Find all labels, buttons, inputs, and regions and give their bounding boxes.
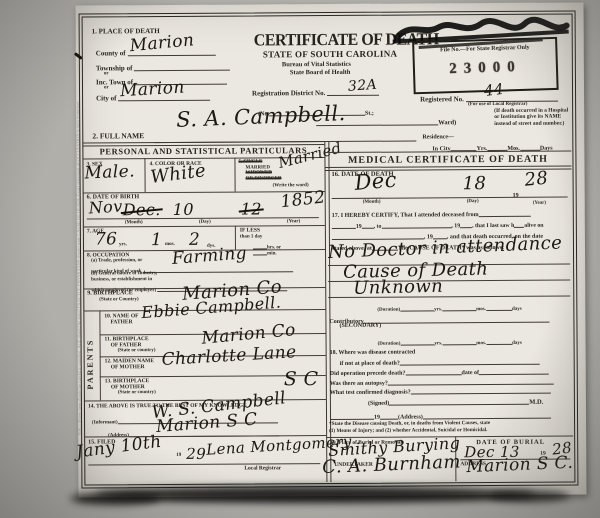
mother-maiden-label2: OF MOTHER <box>111 364 145 370</box>
marital-option-divorced: OR DIVORCED <box>246 176 282 182</box>
blank-line <box>134 62 230 72</box>
blank-line <box>405 366 461 375</box>
certificate-paper: N.B.—Every item should be carefully supp… <box>76 2 587 497</box>
blank-line <box>487 142 507 151</box>
certify-line2: 19, to, 19, that I last saw halive on <box>332 219 544 231</box>
blank-line <box>400 356 540 366</box>
scan-edge-smudge <box>490 490 570 502</box>
dob-day-handwritten: 10 <box>173 200 194 219</box>
scanned-death-certificate-page: { "header": { "place_title": "1. PLACE O… <box>0 0 600 518</box>
death-month-caption: (Month) <box>363 200 381 206</box>
blank-line <box>466 93 558 103</box>
blank-line <box>451 142 477 151</box>
sex-handwritten: Male. <box>84 161 135 183</box>
blank-line <box>442 302 476 311</box>
blank-line <box>514 219 524 228</box>
marital-hint: (Write the word) <box>273 183 309 189</box>
dob-month-caption: (Month) <box>125 220 143 226</box>
margin-note: N.B.—Every item should be carefully supp… <box>75 96 82 436</box>
blank-line <box>332 220 356 229</box>
township-label: Township of <box>96 62 230 74</box>
ifless-line1: IF LESS <box>240 227 260 233</box>
blank-line <box>380 411 398 420</box>
blank-line <box>400 302 434 311</box>
ifless-line2: than 1 day <box>240 234 263 240</box>
dob-year-caption: (Year) <box>287 219 300 225</box>
death-day-caption: (Day) <box>467 199 479 205</box>
death-year-caption: (Year) <box>533 201 546 207</box>
age-yrs-caption: yrs. <box>119 242 127 248</box>
duration-line: (Duration)yrs.mos.days <box>377 302 521 313</box>
blank-line <box>253 246 267 255</box>
residence-label: Residence— <box>422 134 454 141</box>
file-number-stamp: 23000 <box>415 58 556 79</box>
birthplace-hint: (State or Country) <box>99 297 138 303</box>
dob-month-handwritten: Nov <box>88 197 123 218</box>
death-year-handwritten: 28 <box>524 168 550 191</box>
certify-line1: 17. I HEREBY CERTIFY, That I attended de… <box>332 208 531 220</box>
bureau-line: Bureau of Vital Statistics <box>282 61 351 69</box>
scan-edge-smudge <box>95 486 535 503</box>
parents-vertical-label: PARENTS <box>86 323 95 389</box>
blank-line <box>486 336 512 345</box>
board-line: State Board of Health <box>290 69 351 77</box>
blank-line <box>411 385 551 395</box>
age-years-handwritten: 76 <box>95 229 118 249</box>
blank-line <box>479 366 549 375</box>
blank-line <box>423 410 551 420</box>
cell-divider <box>234 158 235 192</box>
mother-birthplace-handwritten: S C <box>284 368 319 390</box>
dob-day-caption: (Day) <box>199 220 211 226</box>
mother-birthplace-hint: (State or country) <box>118 390 156 396</box>
dob-day-struck: 12 <box>241 199 262 218</box>
blank-line <box>364 314 550 324</box>
death-19-printed: 19 <box>513 193 519 200</box>
city-handwritten: Marion <box>119 78 185 102</box>
age-mos-caption: mos. <box>165 242 175 248</box>
or-label: or <box>104 85 109 91</box>
scan-edge-smudge <box>70 492 160 505</box>
cause-line3-handwritten: Unknown <box>353 276 443 299</box>
ifless-line4: min. <box>253 246 277 257</box>
marital-label-block: 5. SINGLE MARRIED WIDOWED OR DIVORCED <box>238 159 281 182</box>
medical-section-title: MEDICAL CERTIFICATE OF DEATH <box>324 154 571 167</box>
blank-line <box>330 411 374 420</box>
full-name-label: 2. FULL NAME <box>92 132 144 141</box>
death-day-handwritten: 18 <box>463 173 487 194</box>
file-number-label: File No.—For State Registrar Only <box>414 44 555 55</box>
blank-line <box>400 336 434 345</box>
blank-line <box>479 208 531 217</box>
filed-19: 19 <box>176 453 181 459</box>
occupation-a1: (a) Trade, profession, or <box>91 258 142 264</box>
death-month-handwritten: Dec <box>354 168 398 195</box>
blank-line <box>520 142 540 151</box>
blank-line <box>486 302 512 311</box>
duration-line: (Duration)yrs.mos.days <box>378 336 522 347</box>
age-months-handwritten: 1 <box>151 230 162 250</box>
dob-month-struck: Dec. <box>123 200 161 219</box>
registration-district-handwritten: 32A <box>347 77 377 95</box>
state-line: STATE OF SOUTH CAROLINA <box>263 49 398 60</box>
father-name-label2: FATHER <box>110 319 132 325</box>
local-registrar-caption: Local Registrar <box>244 465 281 471</box>
cell-divider <box>144 158 145 192</box>
father-birthplace-hint: (State or country) <box>118 348 156 354</box>
blank-line <box>389 396 529 406</box>
blank-line <box>460 219 472 228</box>
blank-line <box>362 220 374 229</box>
signed-line: (Signed)M.D. <box>368 396 543 408</box>
blank-line <box>442 336 476 345</box>
blank-line <box>381 219 451 228</box>
filed-year-handwritten: 29 <box>186 445 206 463</box>
footnote-line2: (1) Means of Injury; and (2) whether Acc… <box>329 428 487 435</box>
birthplace-label: 9. BIRTHPLACE <box>87 290 133 297</box>
hospital-note: (If death occurred in a Hospital or Inst… <box>494 108 574 128</box>
registered-no-handwritten: 44 <box>483 80 505 100</box>
secondary-caption: (SECONDARY) <box>339 323 381 330</box>
